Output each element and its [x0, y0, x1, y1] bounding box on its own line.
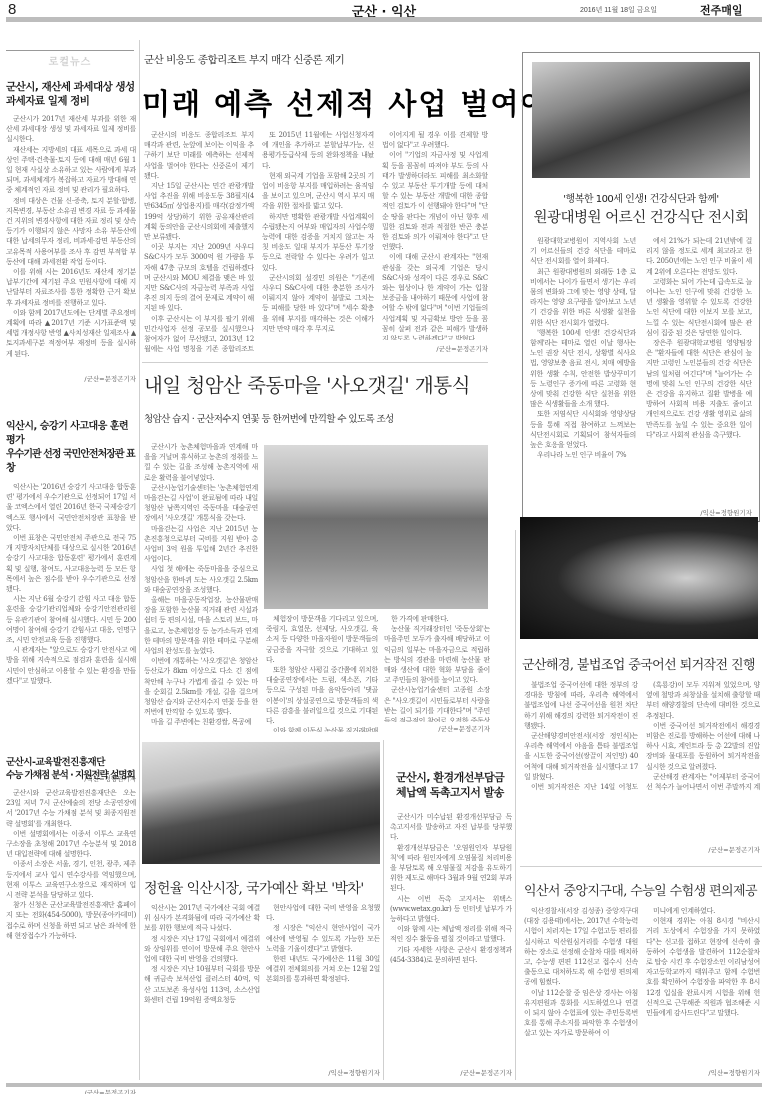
health-feature-title: 원광대병원 어르신 건강식단 전시회 [522, 206, 760, 227]
local-news-label-text: 로컬뉴스 [6, 53, 134, 68]
column-divider [515, 530, 516, 1080]
newspaper-name: 전주매일 [700, 2, 743, 18]
police-article-title: 익산서 중앙지구대, 수능일 수험생 편의제공 [524, 880, 757, 899]
footer-rule [6, 1083, 762, 1087]
village-article-title: 내일 청암산 죽동마을 '사오갯길' 개통식 [144, 370, 470, 398]
local-news-label: 로컬뉴스 [6, 50, 134, 64]
issue-date: 2016년 11월 18일 금요일 [580, 5, 657, 15]
lead-article-col1: 군산시의 비응도 종합리조트 부지 매각과 관련, 눈앞에 보이는 이익을 추구… [144, 130, 254, 352]
mayor-meeting-photo [142, 742, 380, 864]
byline: /군산=문정곤기자 [6, 374, 136, 383]
health-feature-col1: 원광대학교병원이 지역사회 노년기 어르신들의 건강 식단을 테마로 식단 전시… [530, 236, 636, 518]
article-title-line1: 익산시, 승강기 사고대응 훈련 평가 [6, 420, 136, 448]
health-feature-byline: /익산=정향원기자 [646, 508, 752, 517]
article-title-line2: 과세자료 일제 정비 [6, 94, 136, 108]
section-divider [142, 362, 488, 363]
coastguard-article-col1: 불법조업 중국어선에 대한 정부의 강경대응 방침에 따라, 우리측 해역에서 … [524, 680, 638, 792]
coastguard-article-title: 군산해경, 불법조업 중국어선 퇴거작전 진행 [522, 654, 755, 673]
village-article-subtitle: 청암산 습지 · 군산저수지 연꽃 등 한꺼번에 만끽할 수 있도록 조성 [144, 411, 394, 425]
column-divider [139, 40, 140, 1080]
saogaet-trail-photo [264, 445, 488, 609]
column-divider [383, 740, 384, 1080]
mayor-article-byline: /익산=정향원기자 [266, 1068, 380, 1077]
byline: /군산=문정곤기자 [6, 1088, 136, 1094]
article-title-line2: 우수기관 선정 국민안전처장관 표창 [6, 448, 136, 476]
village-article-col2: 체험장이 방문객을 기다리고 있으며, 죽림지, 효열문, 선제당, 사오갯길,… [266, 614, 378, 732]
article-body: 군산시와 군산교육발전진흥재단은 오는 23일 저녁 7시 군산예술의 전당 소… [6, 788, 136, 1088]
article-title-line1: 군산시, 재산세 과세대상 생성 [6, 80, 136, 94]
environment-article: 군산시, 환경개선부담금 체납액 독촉고지서 발송 [396, 770, 512, 800]
lead-article-col2: 또 2015년 11월에는 사업신청자격에 개인을 추가하고 분할납부가능, 신… [262, 130, 374, 352]
police-article-byline: /익산=정향원기자 [646, 1068, 760, 1077]
coastguard-article-byline: /군산=문정곤기자 [646, 845, 760, 854]
mayor-article-col2: 현안사업에 대한 국비 반영을 요청했다. 정 시장은 "익산시 현안사업이 국… [266, 903, 380, 1063]
article-body: 익산시는 '2016년 승강기 사고대응 합동훈련' 평가에서 우수기관으로 선… [6, 482, 136, 774]
health-feature-col2: 에서 21%가 되는데 21년밖에 걸리지 않을 정도로 세계 최고라고 한다.… [646, 236, 752, 506]
header-rule [6, 17, 762, 22]
village-article-byline: /군산=문정곤기자 [384, 724, 490, 733]
health-feature-kicker: '행복한 100세 인생! 건강식단과 함께' [522, 190, 760, 205]
coastguard-article-col2: (흑룡강)이 모두 지워져 있었으며, 양옆에 철망과 쇠창살을 설치해 출항할… [646, 680, 760, 792]
article-title-line2: 수능 가채점 분석 · 지원전략 설명회 [6, 769, 136, 782]
article-title-line2: 체납액 독촉고지서 발송 [396, 785, 512, 800]
sidebar-article-property-tax: 군산시, 재산세 과세대상 생성 과세자료 일제 정비 군산시가 2017년 재… [6, 80, 136, 383]
article-title-line1: 군산시, 환경개선부담금 [396, 770, 512, 785]
environment-article-byline: /군산=문정곤기자 [390, 1068, 512, 1077]
police-article-col1: 익산경찰서(서장 김성종) 중앙지구대(대장 김용태)에서는, 2017년 수학… [524, 906, 638, 1076]
environment-article-body: 군산시가 미수납된 환경개선부담금 독촉고지서를 발송하고 자진 납부를 당부했… [390, 812, 512, 1064]
section-divider [520, 866, 762, 867]
sidebar-article-elevator-award: 익산시, 승강기 사고대응 훈련 평가 우수기관 선정 국민안전처장관 표창 익… [6, 420, 136, 783]
sidebar-article-exam-seminar: 군산시-교육발전진흥재단 수능 가채점 분석 · 지원전략 설명회 군산시와 군… [6, 756, 136, 1094]
village-article-col1: 군산시가 농촌체험마을과 연계해 마을을 거닐며 휴식하고 농촌의 정취를 느낄… [144, 442, 258, 732]
article-title-line1: 군산시-교육발전진흥재단 [6, 756, 136, 769]
police-article-col2: 미니에게 인계하였다. 이현재 경위는 아침 8시경 "비산시 거리 도상에서 … [646, 906, 760, 1066]
article-body: 군산시가 2017년 재산세 부과를 위한 재산세 과세대장 생성 및 과세자료… [6, 114, 136, 374]
lead-article-byline: /군산=문정곤기자 [382, 344, 488, 353]
mayor-article-title: 정헌율 익산시장, 국가예산 확보 '박차' [144, 878, 364, 898]
fishing-boat-photo [520, 517, 758, 639]
mayor-article-col1: 익산시는 2017년 국가예산 국회 예결위 심사가 본격화됨에 따라 국가예산… [144, 903, 260, 1073]
health-exhibition-photo [532, 62, 750, 178]
lead-article-col3: 이어지게 될 경우 이를 견제할 방법이 없다"고 우려했다. 이어 "기업의 … [382, 130, 488, 340]
lead-article-kicker: 군산 비응도 종합리조트 부지 매각 신중론 제기 [144, 52, 344, 67]
lead-article-title: 미래 예측 선제적 사업 벌여야 [142, 82, 551, 123]
village-article-col3: 한 가격에 판매한다. 농산물 직거래장터인 '죽동상회'는 마을주민 모두가 … [384, 614, 490, 722]
